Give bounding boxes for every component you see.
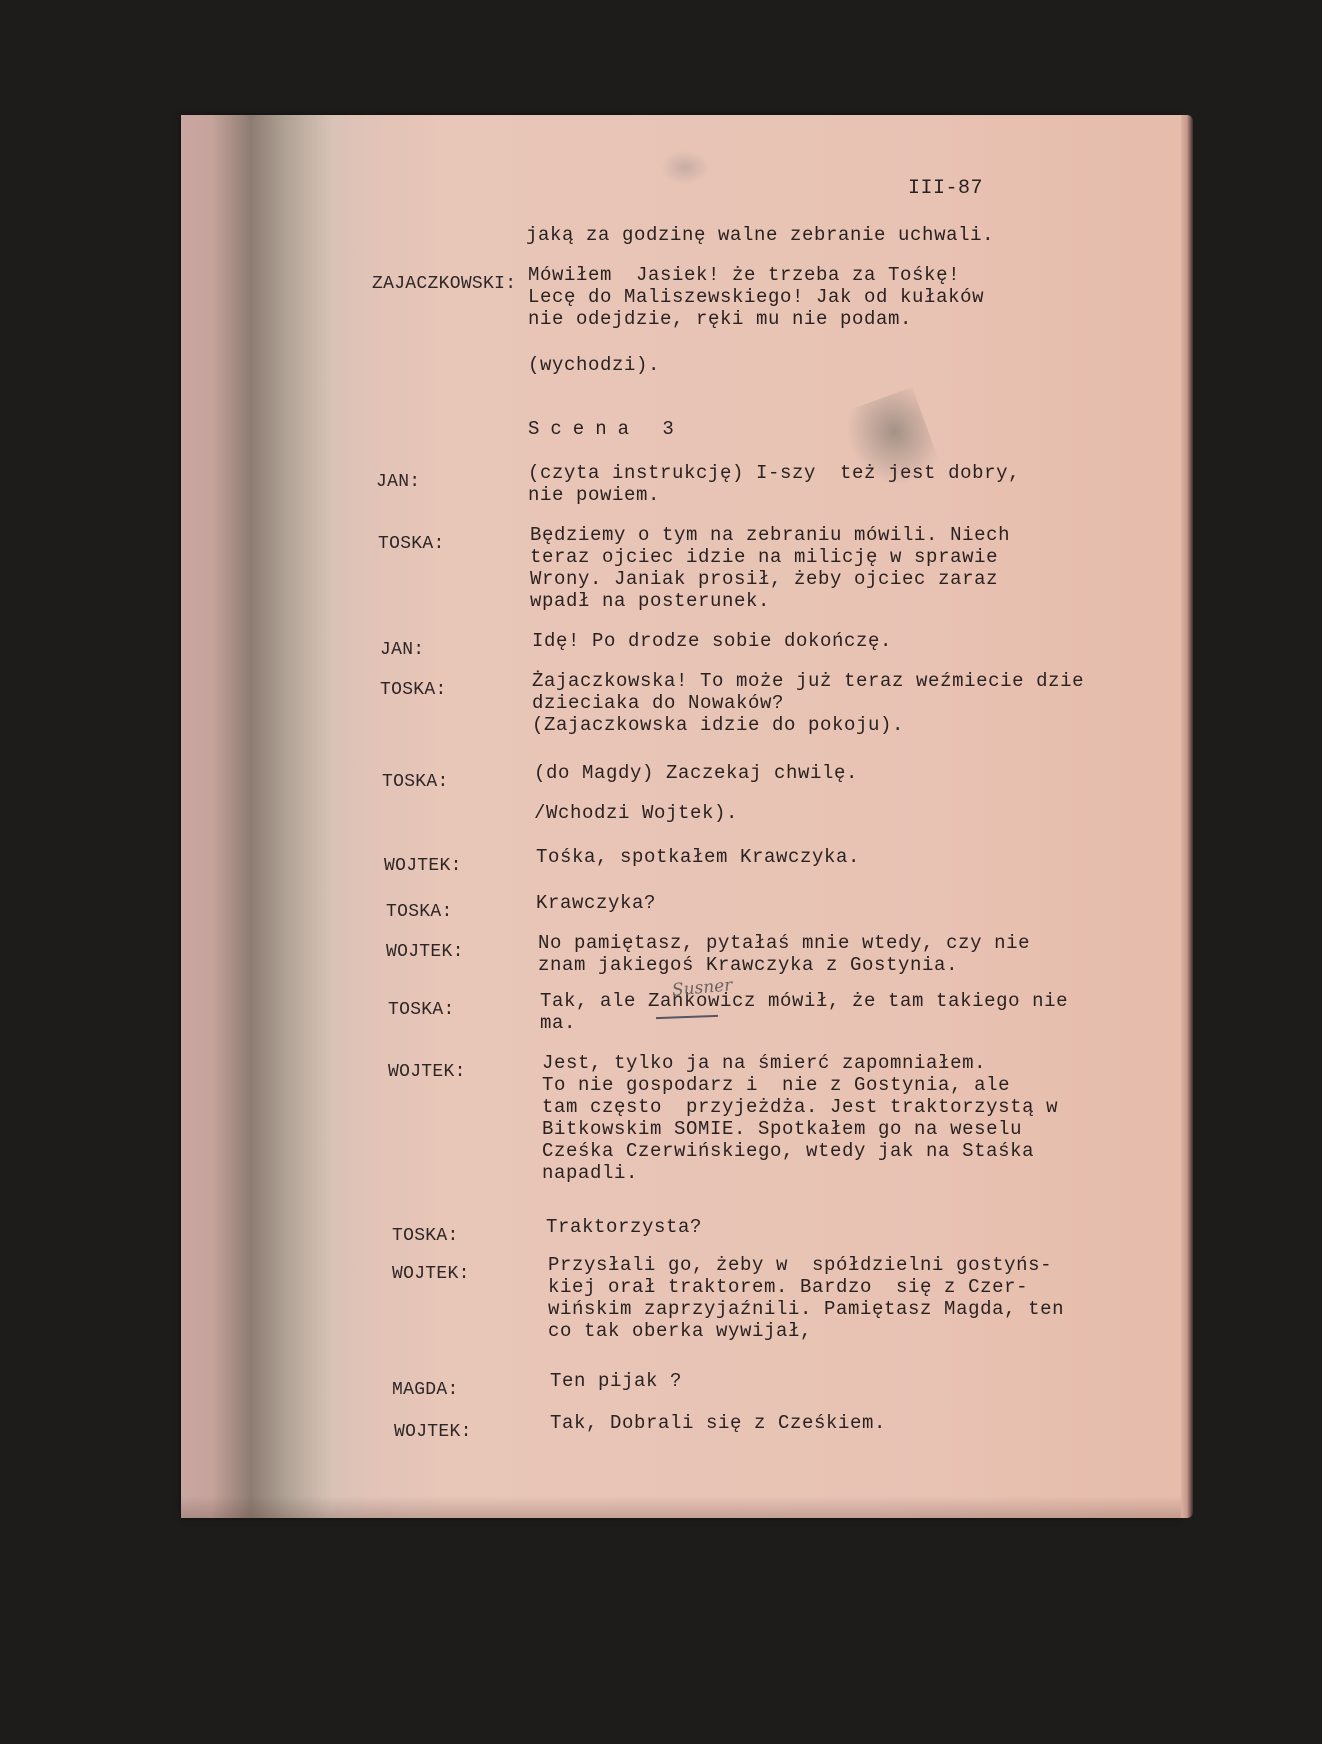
- page-edge: [1181, 115, 1193, 1518]
- dialogue-line: kiej orał traktorem. Bardzo się z Czer-: [548, 1276, 1028, 1298]
- dialogue-line: Mówiłem Jasiek! że trzeba za Tośkę!: [528, 264, 960, 286]
- dialogue-line: jaką za godzinę walne zebranie uchwali.: [526, 224, 994, 246]
- speaker-name: TOSKA:: [386, 902, 453, 922]
- dialogue-line: Będziemy o tym na zebraniu mówili. Niech: [530, 524, 1010, 546]
- dialogue-line: Tak, ale Zankowicz mówił, że tam takiego…: [540, 990, 1068, 1012]
- speaker-name: WOJTEK:: [392, 1264, 470, 1284]
- dialogue-line: /Wchodzi Wojtek).: [534, 802, 738, 824]
- speaker-name: TOSKA:: [380, 680, 447, 700]
- dialogue-line: napadli.: [542, 1162, 638, 1184]
- speaker-name: MAGDA:: [392, 1380, 459, 1400]
- dialogue-line: co tak oberka wywijał,: [548, 1320, 812, 1342]
- speaker-name: JAN:: [380, 640, 424, 660]
- dialogue-line: znam jakiegoś Krawczyka z Gostynia.: [538, 954, 958, 976]
- dialogue-line: (Zajaczkowska idzie do pokoju).: [532, 714, 904, 736]
- dialogue-line: Lecę do Maliszewskiego! Jak od kułaków: [528, 286, 984, 308]
- page-number: III-87: [908, 178, 983, 200]
- dialogue-line: Jest, tylko ja na śmierć zapomniałem.: [542, 1052, 986, 1074]
- dialogue-line: Tośka, spotkałem Krawczyka.: [536, 846, 860, 868]
- dialogue-line: Bitkowskim SOMIE. Spotkałem go na weselu: [542, 1118, 1022, 1140]
- speaker-name: WOJTEK:: [394, 1422, 472, 1442]
- dialogue-line: Krawczyka?: [536, 892, 656, 914]
- speaker-name: JAN:: [376, 472, 420, 492]
- dialogue-line: To nie gospodarz i nie z Gostynia, ale: [542, 1074, 1010, 1096]
- speaker-name: TOSKA:: [388, 1000, 455, 1020]
- dialogue-line: Cześka Czerwińskiego, wtedy jak na Staśk…: [542, 1140, 1034, 1162]
- dialogue-line: No pamiętasz, pytałaś mnie wtedy, czy ni…: [538, 932, 1030, 954]
- dialogue-line: dzieciaka do Nowaków?: [532, 692, 784, 714]
- dialogue-line: ma.: [540, 1012, 576, 1034]
- scene-heading: Scena 3: [528, 418, 685, 440]
- speaker-name: ZAJACZKOWSKI:: [372, 274, 516, 294]
- dialogue-line: (wychodzi).: [528, 354, 660, 376]
- speaker-name: TOSKA:: [378, 534, 445, 554]
- dialogue-line: (czyta instrukcję) I-szy też jest dobry,: [528, 462, 1020, 484]
- dialogue-line: (do Magdy) Zaczekaj chwilę.: [534, 762, 858, 784]
- speaker-name: TOSKA:: [382, 772, 449, 792]
- dialogue-line: nie powiem.: [528, 484, 660, 506]
- speaker-name: WOJTEK:: [386, 942, 464, 962]
- dialogue-line: Ten pijak ?: [550, 1370, 682, 1392]
- speaker-name: WOJTEK:: [384, 856, 462, 876]
- dialogue-line: Tak, Dobrali się z Cześkiem.: [550, 1412, 886, 1434]
- smudge: [660, 150, 710, 185]
- dialogue-line: Żajaczkowska! To może już teraz weźmieci…: [532, 670, 1084, 692]
- dialogue-line: Traktorzysta?: [546, 1216, 702, 1238]
- dialogue-line: Idę! Po drodze sobie dokończę.: [532, 630, 892, 652]
- dialogue-line: wińskim zaprzyjaźnili. Pamiętasz Magda, …: [548, 1298, 1064, 1320]
- dialogue-line: Przysłali go, żeby w spółdzielni gostyńs…: [548, 1254, 1052, 1276]
- dialogue-line: nie odejdzie, ręki mu nie podam.: [528, 308, 912, 330]
- dialogue-line: tam często przyjeżdża. Jest traktorzystą…: [542, 1096, 1058, 1118]
- dialogue-line: teraz ojciec idzie na milicję w sprawie: [530, 546, 998, 568]
- speaker-name: WOJTEK:: [388, 1062, 466, 1082]
- dialogue-line: Wrony. Janiak prosił, żeby ojciec zaraz: [530, 568, 998, 590]
- dialogue-line: wpadł na posterunek.: [530, 590, 770, 612]
- speaker-name: TOSKA:: [392, 1226, 459, 1246]
